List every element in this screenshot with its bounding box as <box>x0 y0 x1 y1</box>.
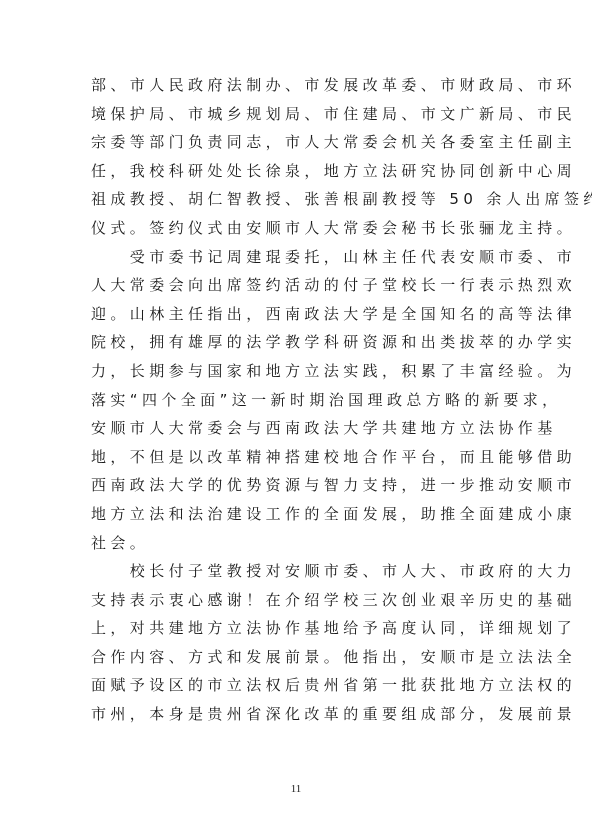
text-line: 面赋予设区的市立法权后贵州省第一批获批地方立法权的 <box>91 671 511 700</box>
text-line: 合作内容、方式和发展前景。他指出，安顺市是立法法全 <box>91 643 511 672</box>
text-line: 上，对共建地方立法协作基地给予高度认同，详细规划了 <box>91 614 511 643</box>
paragraph-start-line: 校长付子堂教授对安顺市委、市人大、市政府的大力 <box>91 557 511 586</box>
text-line: 境保护局、市城乡规划局、市住建局、市文广新局、市民 <box>91 100 511 129</box>
paragraph-start-line: 受市委书记周建琨委托，山林主任代表安顺市委、市 <box>91 243 511 272</box>
text-line: 西南政法大学的优势资源与智力支持，进一步推动安顺市 <box>91 471 511 500</box>
text-line: 仪式。签约仪式由安顺市人大常委会秘书长张骊龙主持。 <box>91 214 511 243</box>
text-line: 地，不但是以改革精神搭建校地合作平台，而且能够借助 <box>91 443 511 472</box>
body-text: 部、市人民政府法制办、市发展改革委、市财政局、市环 境保护局、市城乡规划局、市住… <box>91 71 511 729</box>
text-line: 院校，拥有雄厚的法学教学科研资源和出类拔萃的办学实 <box>91 328 511 357</box>
text-line: 地方立法和法治建设工作的全面发展，助推全面建成小康 <box>91 500 511 529</box>
page-number: 11 <box>0 783 592 795</box>
text-line: 迎。山林主任指出，西南政法大学是全国知名的高等法律 <box>91 300 511 329</box>
text-line: 力，长期参与国家和地方立法实践，积累了丰富经验。为 <box>91 357 511 386</box>
document-page: 部、市人民政府法制办、市发展改革委、市财政局、市环 境保护局、市城乡规划局、市住… <box>0 0 592 837</box>
text-line: 部、市人民政府法制办、市发展改革委、市财政局、市环 <box>91 71 511 100</box>
text-line: 宗委等部门负责同志，市人大常委会机关各委室主任副主 <box>91 128 511 157</box>
text-line: 安顺市人大常委会与西南政法大学共建地方立法协作基 <box>91 414 511 443</box>
text-line: 市州，本身是贵州省深化改革的重要组成部分，发展前景 <box>91 700 511 729</box>
text-line: 落实“四个全面”这一新时期治国理政总方略的新要求， <box>91 386 511 415</box>
text-line: 社会。 <box>91 529 511 558</box>
text-line: 祖成教授、胡仁智教授、张善根副教授等 50 余人出席签约 <box>91 185 511 214</box>
text-line: 人大常委会向出席签约活动的付子堂校长一行表示热烈欢 <box>91 271 511 300</box>
text-line: 支持表示衷心感谢！在介绍学校三次创业艰辛历史的基础 <box>91 586 511 615</box>
text-line: 任，我校科研处处长徐泉，地方立法研究协同创新中心周 <box>91 157 511 186</box>
